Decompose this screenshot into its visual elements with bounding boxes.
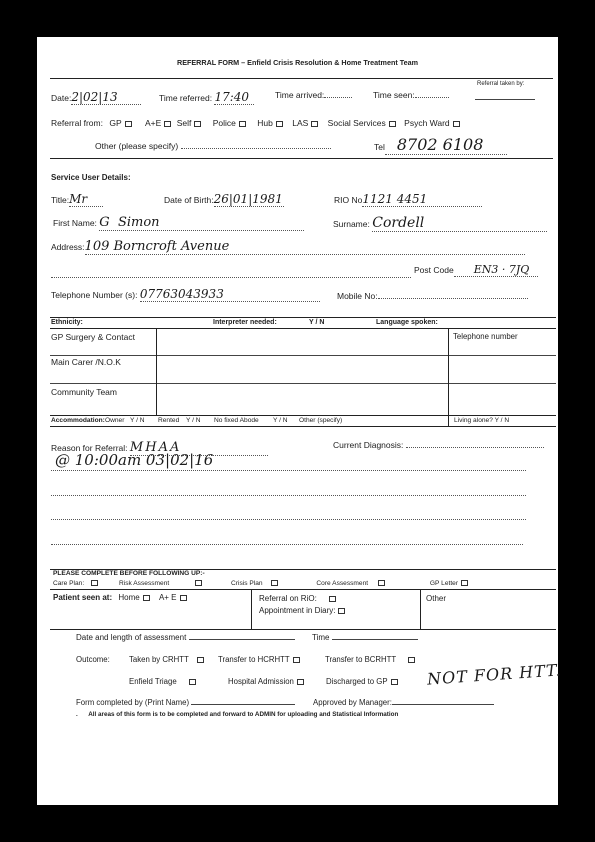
- main-carer-phone-input[interactable]: [451, 357, 551, 382]
- completed-by-label: Form completed by (Print Name): [76, 698, 189, 707]
- other-specify-accommodation[interactable]: Other (specify): [299, 417, 342, 424]
- option-self[interactable]: Self: [177, 118, 205, 128]
- table-border: [50, 355, 556, 356]
- reason-line-5[interactable]: [51, 544, 523, 545]
- assessment-time-field[interactable]: Time: [312, 633, 418, 642]
- accommodation-label: Accommodation:: [51, 417, 105, 424]
- checkbox-icon[interactable]: [297, 679, 304, 685]
- address-line-2[interactable]: [51, 277, 411, 278]
- care-plan-option[interactable]: Care Plan:: [53, 580, 101, 587]
- option-las[interactable]: LAS: [292, 118, 321, 128]
- option-gp[interactable]: GP: [109, 118, 134, 128]
- owner-yn[interactable]: Y / N: [130, 417, 145, 424]
- enfield-triage-option[interactable]: Enfield Triage: [129, 677, 199, 686]
- address-field[interactable]: Address:109 Borncroft Avenue: [51, 239, 525, 255]
- other-specify-field[interactable]: Other (please specify): [95, 141, 331, 151]
- time-seen-label: Time seen:: [373, 90, 415, 100]
- first-name-field[interactable]: First Name: G Simon: [53, 215, 304, 231]
- address-value[interactable]: 109 Borncroft Avenue: [85, 239, 525, 255]
- checkbox-icon[interactable]: [293, 657, 300, 663]
- surname-value[interactable]: Cordell: [372, 215, 547, 232]
- completed-by-field[interactable]: Form completed by (Print Name): [76, 698, 295, 707]
- date-value[interactable]: 2|02|13: [71, 90, 141, 105]
- patient-seen-row: Patient seen at: Home A+ E: [53, 593, 190, 602]
- dob-label: Date of Birth:: [164, 195, 214, 205]
- patient-seen-label: Patient seen at:: [53, 593, 112, 602]
- rented-yn[interactable]: Y / N: [186, 417, 201, 424]
- checkbox-icon[interactable]: [408, 657, 415, 663]
- checkbox-icon[interactable]: [91, 580, 98, 586]
- divider: [50, 426, 556, 427]
- community-team-input[interactable]: [159, 385, 446, 413]
- assessment-time-label: Time: [312, 633, 329, 642]
- reason-line-3[interactable]: [51, 495, 526, 496]
- table-column-divider: [448, 328, 449, 426]
- option-ae[interactable]: A+E: [145, 118, 174, 128]
- first-name-label: First Name:: [53, 218, 97, 228]
- checkbox-icon[interactable]: [180, 595, 187, 601]
- time-arrived-label: Time arrived:: [275, 90, 324, 100]
- discharged-to-gp-option[interactable]: Discharged to GP: [326, 677, 401, 686]
- referral-taken-by-input[interactable]: [475, 99, 535, 100]
- checkbox-icon[interactable]: [391, 679, 398, 685]
- interpreter-needed-label: Interpreter needed:: [213, 319, 277, 326]
- checkbox-icon[interactable]: [453, 121, 460, 127]
- tel-label: Tel: [374, 142, 385, 152]
- reason-line-2-text: @ 10:00am 03|02|16: [55, 451, 213, 469]
- option-hub[interactable]: Hub: [257, 118, 286, 128]
- transfer-hcrhtt-option[interactable]: Transfer to HCRHTT: [218, 655, 303, 664]
- referral-on-rio-option[interactable]: Referral on RiO:: [259, 594, 339, 603]
- no-fixed-abode-label: No fixed Abode: [214, 417, 259, 424]
- referral-from-row: Referral from: GP A+E Self Police Hub LA…: [51, 118, 463, 128]
- checkbox-icon[interactable]: [195, 580, 202, 586]
- no-fixed-abode-yn[interactable]: Y / N: [273, 417, 288, 424]
- telephone-number-label: Telephone number: [453, 332, 518, 341]
- follow-up-checklist: Care Plan: Risk Assessment Crisis Plan C…: [53, 580, 471, 587]
- time-seen-value[interactable]: [415, 97, 449, 98]
- table-border: [50, 328, 556, 329]
- checkbox-icon[interactable]: [311, 121, 318, 127]
- option-social-services[interactable]: Social Services: [328, 118, 399, 128]
- table-row-carer-label: Main Carer /N.O.K: [51, 357, 121, 367]
- option-police[interactable]: Police: [213, 118, 249, 128]
- title-value[interactable]: Mr: [69, 192, 103, 207]
- referral-form-page: REFERRAL FORM – Enfield Crisis Resolutio…: [37, 37, 558, 805]
- time-seen-field[interactable]: Time seen:: [373, 90, 449, 100]
- date-field[interactable]: Date:2|02|13: [51, 90, 141, 105]
- rented-label: Rented: [158, 417, 179, 424]
- table-border: [50, 415, 556, 416]
- gp-letter-option[interactable]: GP Letter: [430, 580, 471, 587]
- time-arrived-value[interactable]: [324, 97, 352, 98]
- risk-assessment-option[interactable]: Risk Assessment: [119, 580, 205, 587]
- checkbox-icon[interactable]: [378, 580, 385, 586]
- time-arrived-field[interactable]: Time arrived:: [275, 90, 352, 100]
- core-assessment-option[interactable]: Core Assessment: [316, 580, 388, 587]
- address-label: Address:: [51, 242, 85, 252]
- taken-by-crhtt-option[interactable]: Taken by CRHTT: [129, 655, 207, 664]
- tel-value[interactable]: 8702 6108: [385, 135, 507, 155]
- table-border: [50, 383, 556, 384]
- follow-up-heading: PLEASE COMPLETE BEFORE FOLLOWING UP:-: [53, 570, 205, 577]
- living-alone-yn[interactable]: Living alone? Y / N: [454, 417, 509, 424]
- date-label: Date:: [51, 93, 71, 103]
- dob-value[interactable]: 26|01|1981: [214, 192, 284, 207]
- box-divider: [420, 589, 421, 629]
- checkbox-icon[interactable]: [239, 121, 246, 127]
- approved-by-field[interactable]: Approved by Manager:: [313, 698, 494, 707]
- dob-field[interactable]: Date of Birth:26|01|1981: [164, 192, 284, 207]
- postcode-value[interactable]: EN3 · 7JQ: [454, 263, 538, 277]
- rio-value[interactable]: 1121 4451: [362, 192, 482, 207]
- table-column-divider: [156, 328, 157, 415]
- mobile-value[interactable]: [378, 298, 528, 299]
- reason-line-2[interactable]: [51, 470, 526, 471]
- appointment-in-diary-option[interactable]: Appointment in Diary:: [259, 606, 348, 615]
- other-box-label: Other: [426, 594, 446, 603]
- divider: [50, 629, 556, 630]
- title-field[interactable]: Title:Mr: [51, 192, 103, 207]
- title-label: Title:: [51, 195, 69, 205]
- checkbox-icon[interactable]: [189, 679, 196, 685]
- postcode-field[interactable]: Post CodeEN3 · 7JQ: [414, 263, 538, 277]
- rio-field[interactable]: RIO No1121 4451: [334, 192, 482, 207]
- mobile-label: Mobile No:: [337, 291, 378, 301]
- gp-surgery-input[interactable]: [159, 330, 446, 354]
- form-title: REFERRAL FORM – Enfield Crisis Resolutio…: [37, 58, 558, 67]
- checkbox-icon[interactable]: [164, 121, 171, 127]
- rio-label: RIO No: [334, 195, 362, 205]
- other-specify-value[interactable]: [181, 148, 331, 149]
- first-name-value[interactable]: G Simon: [99, 215, 304, 231]
- checkbox-icon[interactable]: [197, 657, 204, 663]
- owner-label: Owner: [105, 417, 124, 424]
- transfer-bcrhtt-option[interactable]: Transfer to BCRHTT: [325, 655, 418, 664]
- telephone-value[interactable]: 07763043933: [140, 287, 320, 302]
- other-specify-label: Other (please specify): [95, 141, 178, 151]
- divider: [50, 78, 553, 79]
- current-diagnosis-value[interactable]: [406, 447, 544, 448]
- home-option[interactable]: Home: [118, 593, 152, 602]
- interpreter-yn[interactable]: Y / N: [309, 319, 324, 326]
- table-row-community-team-label: Community Team: [51, 387, 117, 397]
- assessment-date-label: Date and length of assessment: [76, 633, 186, 642]
- postcode-label: Post Code: [414, 265, 454, 275]
- divider: [50, 317, 556, 318]
- surname-field[interactable]: Surname: Cordell: [333, 215, 547, 232]
- current-diagnosis-field[interactable]: Current Diagnosis:: [333, 440, 544, 450]
- box-divider: [251, 589, 252, 629]
- referral-from-label: Referral from:: [51, 118, 103, 128]
- outcome-label: Outcome:: [76, 655, 110, 664]
- checkbox-icon[interactable]: [329, 596, 336, 602]
- divider: [50, 589, 556, 590]
- referral-taken-by-label: Referral taken by:: [477, 81, 524, 87]
- checkbox-icon[interactable]: [276, 121, 283, 127]
- telephone-field[interactable]: Telephone Number (s): 07763043933: [51, 287, 320, 302]
- surname-label: Surname:: [333, 219, 370, 229]
- handwritten-outcome-note: NOT FOR HTT.: [427, 660, 563, 688]
- checkbox-icon[interactable]: [125, 121, 132, 127]
- ethnicity-label: Ethnicity:: [51, 319, 83, 326]
- divider: [50, 158, 553, 159]
- ae-option[interactable]: A+ E: [159, 593, 190, 602]
- service-user-heading: Service User Details:: [51, 173, 131, 182]
- tel-field[interactable]: Tel8702 6108: [374, 135, 507, 155]
- community-team-phone-input[interactable]: [451, 385, 551, 413]
- reason-line-4[interactable]: [51, 519, 526, 520]
- checkbox-icon[interactable]: [194, 121, 201, 127]
- language-spoken-label: Language spoken:: [376, 319, 438, 326]
- checkbox-icon[interactable]: [389, 121, 396, 127]
- hospital-admission-option[interactable]: Hospital Admission: [228, 677, 307, 686]
- assessment-date-field[interactable]: Date and length of assessment: [76, 633, 295, 642]
- time-referred-label: Time referred:: [159, 93, 212, 103]
- footer-notice: . All areas of this form is to be comple…: [76, 711, 398, 718]
- table-row-gp-label: GP Surgery & Contact: [51, 332, 135, 342]
- time-referred-field[interactable]: Time referred: 17:40: [159, 90, 254, 105]
- option-psych-ward[interactable]: Psych Ward: [404, 118, 463, 128]
- main-carer-input[interactable]: [159, 357, 446, 382]
- current-diagnosis-label: Current Diagnosis:: [333, 440, 403, 450]
- checkbox-icon[interactable]: [143, 595, 150, 601]
- checkbox-icon[interactable]: [461, 580, 468, 586]
- crisis-plan-option[interactable]: Crisis Plan: [231, 580, 281, 587]
- time-referred-value[interactable]: 17:40: [214, 90, 254, 105]
- telephone-label: Telephone Number (s):: [51, 290, 137, 300]
- mobile-field[interactable]: Mobile No:: [337, 291, 528, 301]
- checkbox-icon[interactable]: [271, 580, 278, 586]
- approved-by-label: Approved by Manager:: [313, 698, 392, 707]
- checkbox-icon[interactable]: [338, 608, 345, 614]
